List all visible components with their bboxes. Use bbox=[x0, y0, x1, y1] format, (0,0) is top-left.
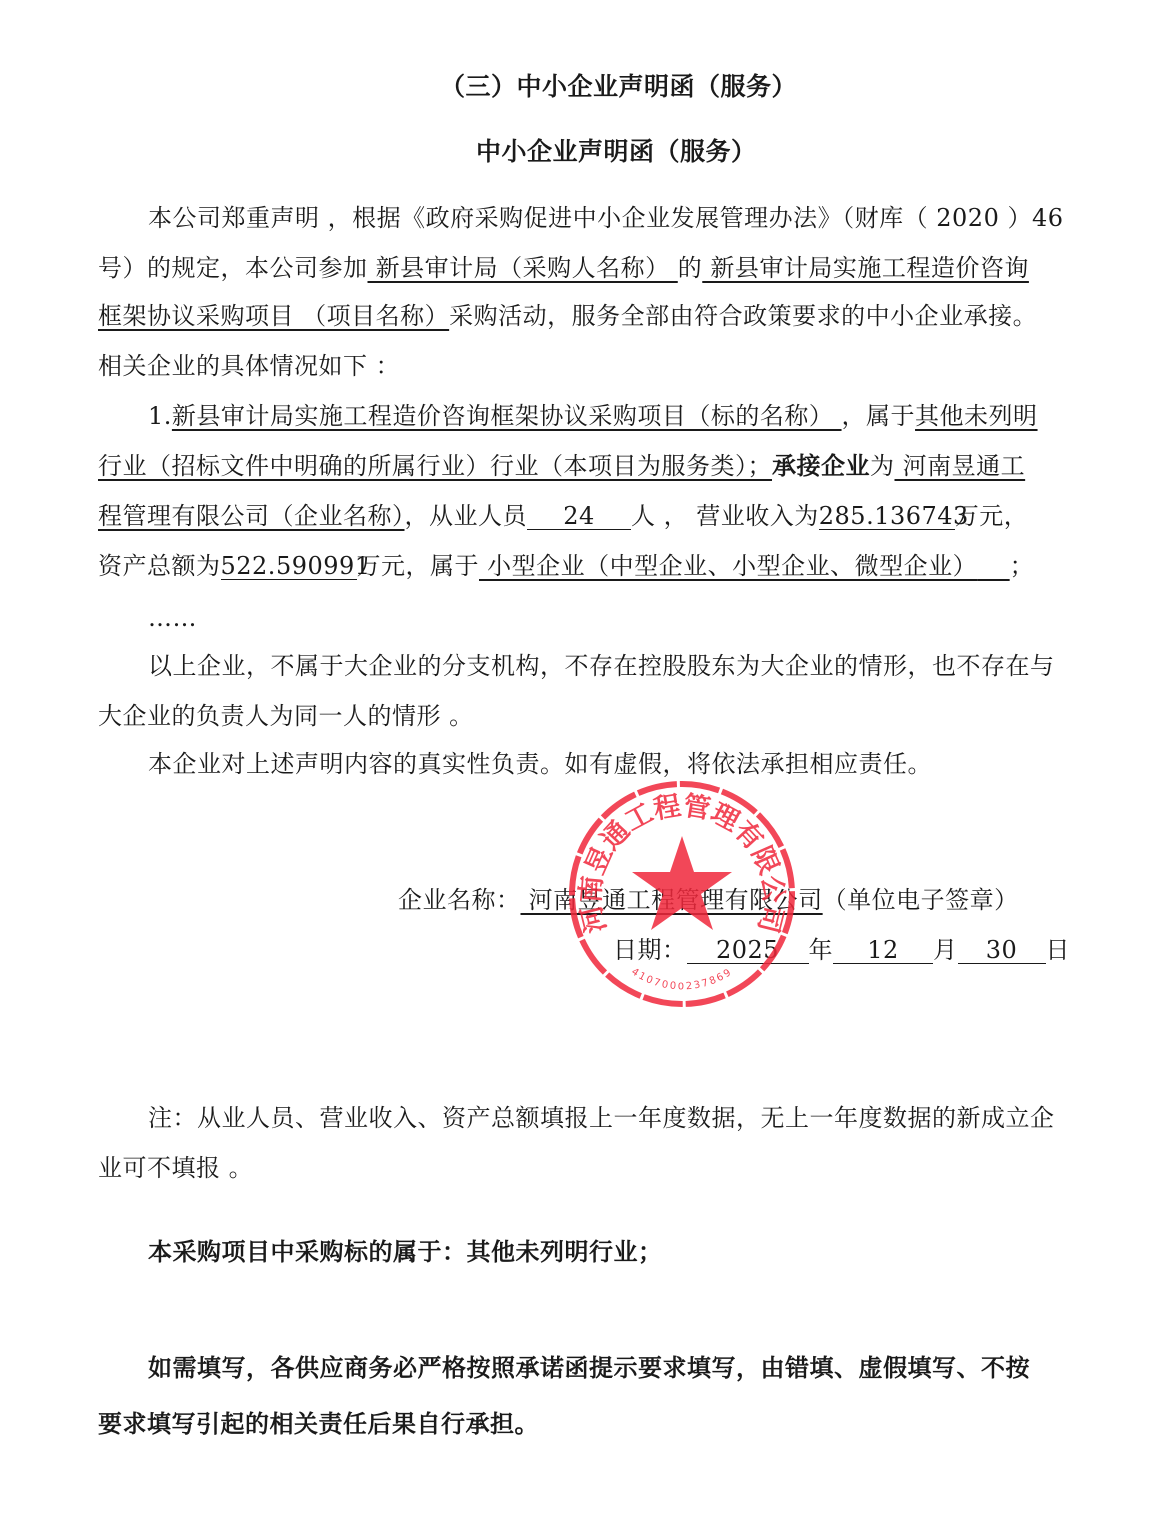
assets-field: 522.590991 bbox=[221, 553, 357, 580]
item1-line3: 程管理有限公司（企业名称），从业人员24人 ， 营业收入为285.136743万… bbox=[98, 501, 1028, 531]
para2-line1: 以上企业，不属于大企业的分支机构，不存在控股股东为大企业的情形，也不存在与 bbox=[148, 651, 1055, 681]
text: 日 bbox=[1046, 936, 1071, 964]
employees-field: 24 bbox=[527, 503, 631, 530]
company-seal-stamp: 河南昱通工程管理有限公司 4107000237869 bbox=[566, 778, 798, 1010]
company-label: 企业名称： bbox=[398, 886, 521, 914]
text: 年 bbox=[809, 936, 834, 964]
star-icon bbox=[632, 836, 732, 930]
text: 为 bbox=[870, 452, 895, 480]
section-title: （三）中小企业声明函（服务） bbox=[440, 72, 797, 102]
note-line1: 注：从业人员、营业收入、资产总额填报上一年度数据，无上一年度数据的新成立企 bbox=[148, 1103, 1055, 1133]
e-seal-note: （单位电子签章） bbox=[823, 886, 1019, 914]
para1-line3: 框架协议采购项目 （项目名称）采购活动，服务全部由符合政策要求的中小企业承接。 bbox=[98, 301, 1037, 331]
text: 万元，属于 bbox=[357, 552, 480, 580]
warning-line2: 要求填写引起的相关责任后果自行承担。 bbox=[98, 1409, 539, 1439]
project-name-field-cont: 框架协议采购项目 （项目名称） bbox=[98, 302, 449, 330]
industry-field: 其他未列明 bbox=[915, 402, 1038, 430]
text: 人 ， 营业收入为 bbox=[631, 502, 819, 530]
subject-name-field: 新县审计局实施工程造价咨询框架协议采购项目（标的名称） bbox=[172, 402, 842, 430]
text: 号）的规定，本公司参加 bbox=[98, 254, 368, 282]
item-number: 1. bbox=[148, 402, 172, 430]
text: 月 bbox=[933, 936, 958, 964]
company-name-field-cont: 程管理有限公司（企业名称） bbox=[98, 502, 405, 530]
text: 的 bbox=[678, 254, 703, 282]
note-line2: 业可不填报 。 bbox=[98, 1153, 253, 1183]
item1-line4: 资产总额为522.590991万元，属于 小型企业（中型企业、小型企业、微型企业… bbox=[98, 551, 1034, 581]
seal-serial: 4107000237869 bbox=[629, 966, 734, 992]
para1-line4: 相关企业的具体情况如下 ： bbox=[98, 351, 400, 381]
text: 资产总额为 bbox=[98, 552, 221, 580]
responsibility-statement: 本企业对上述声明内容的真实性负责。如有虚假，将依法承担相应责任。 bbox=[148, 749, 932, 779]
text: 采购活动，服务全部由符合政策要求的中小企业承接。 bbox=[449, 302, 1037, 330]
para1-line1: 本公司郑重声明 ，根据《政府采购促进中小企业发展管理办法》（财库（ 2020 ）… bbox=[148, 203, 1064, 233]
enterprise-size-field: 小型企业（中型企业、小型企业、微型企业） bbox=[479, 552, 977, 580]
industry-field-cont: 行业（招标文件中明确的所属行业）行业（本项目为服务类）； bbox=[98, 452, 772, 480]
text: ； bbox=[1010, 552, 1035, 580]
item1-line2: 行业（招标文件中明确的所属行业）行业（本项目为服务类）；承接企业为 河南昱通工 bbox=[98, 451, 1025, 481]
underline-pad bbox=[977, 552, 1010, 580]
purchaser-field: 新县审计局（采购人名称） bbox=[368, 254, 678, 282]
month-field: 12 bbox=[833, 937, 933, 964]
para1-line2: 号）的规定，本公司参加 新县审计局（采购人名称） 的 新县审计局实施工程造价咨询 bbox=[98, 253, 1029, 283]
text: ，从业人员 bbox=[405, 502, 528, 530]
industry-statement: 本采购项目中采购标的属于：其他未列明行业； bbox=[148, 1237, 663, 1267]
revenue-field: 285.136743 bbox=[819, 503, 955, 530]
ellipsis: …… bbox=[148, 603, 197, 633]
contractor-label: 承接企业 bbox=[772, 452, 870, 480]
company-name-field: 河南昱通工 bbox=[895, 452, 1026, 480]
document-title: 中小企业声明函（服务） bbox=[476, 137, 757, 167]
day-field: 30 bbox=[958, 937, 1046, 964]
item1-line1: 1.新县审计局实施工程造价咨询框架协议采购项目（标的名称） ，属于其他未列明 bbox=[148, 401, 1038, 431]
warning-line1: 如需填写，各供应商务必严格按照承诺函提示要求填写，由错填、虚假填写、不按 bbox=[148, 1353, 1030, 1383]
text: ，属于 bbox=[842, 402, 916, 430]
project-name-field: 新县审计局实施工程造价咨询 bbox=[702, 254, 1029, 282]
text: 万元， bbox=[955, 502, 1029, 530]
para2-line2: 大企业的负责人为同一人的情形 。 bbox=[98, 701, 474, 731]
